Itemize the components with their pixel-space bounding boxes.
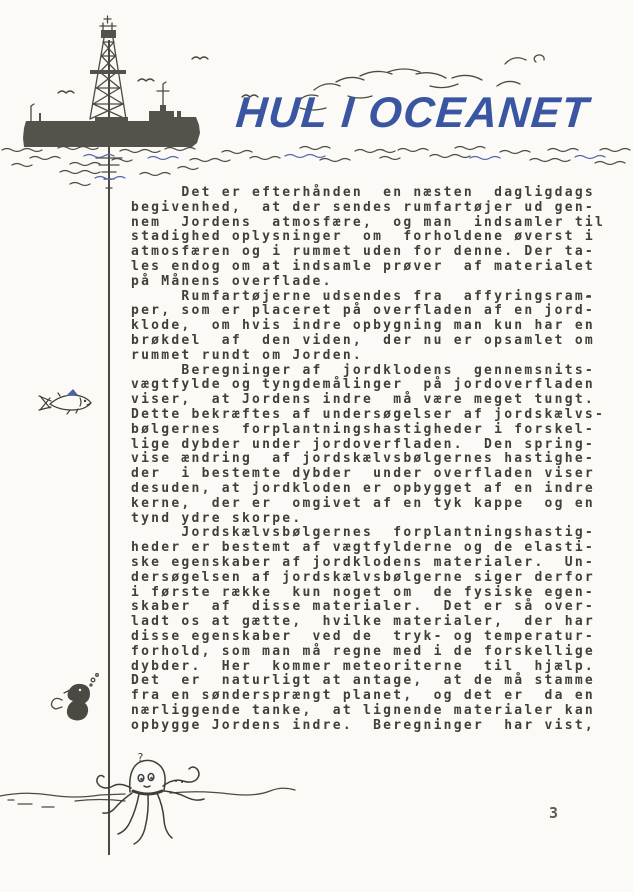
drill-pipe-line — [96, 40, 122, 855]
aft-mast — [157, 82, 169, 105]
fish-sketch — [39, 389, 91, 414]
bow-mast — [31, 104, 34, 121]
bird-icon — [138, 79, 154, 81]
bubble — [90, 684, 92, 686]
bird-icon — [58, 91, 74, 93]
fish-dorsal-fin — [66, 389, 78, 396]
paragraph: Det er efterhånden en næsten dagligdags … — [131, 186, 603, 290]
ship-hull — [23, 105, 200, 147]
page-number: 3 — [549, 804, 558, 822]
bird-icon — [192, 57, 208, 59]
paragraph: Beregninger af jordklodens gennemsnits- … — [131, 364, 603, 527]
page-title: HUL I OCEANET — [234, 90, 591, 137]
water-surface-sketch — [2, 147, 630, 186]
scanned-page: ? HUL I OCEANET Det er efterhånden en næ… — [0, 0, 633, 892]
paragraph: Rumfartøjerne udsendes fra affyringsram-… — [131, 290, 603, 364]
question-mark: ? — [137, 751, 144, 764]
seal-sketch — [52, 674, 99, 721]
article-text: Det er efterhånden en næsten dagligdags … — [131, 186, 603, 733]
bubble — [96, 674, 99, 677]
paragraph: Jordskælvsbølgernes forplantningshastig-… — [131, 526, 603, 733]
octopus-sketch: ? — [97, 751, 204, 844]
drilling-ship-sketch — [23, 16, 200, 147]
bubble — [91, 678, 95, 682]
